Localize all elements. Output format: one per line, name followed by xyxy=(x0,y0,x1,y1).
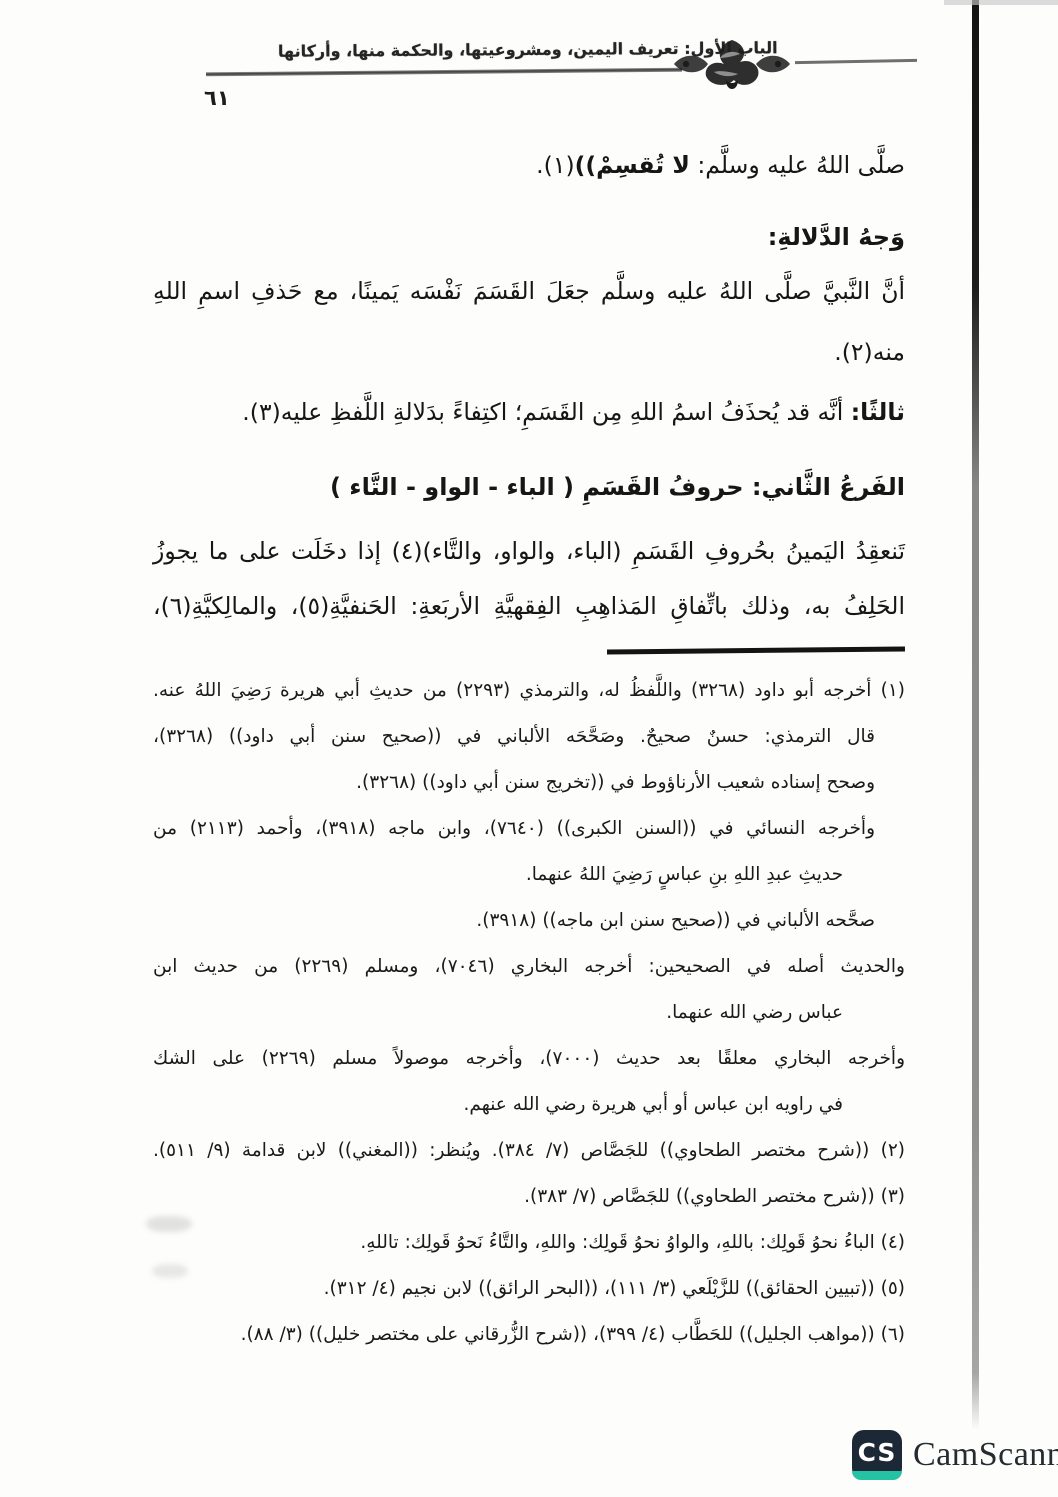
footnote-1-line: وصحح إسناده شعيب الأرناؤوط في ((تخريج سن… xyxy=(153,760,905,806)
footnote-6: (٦) ((مواهب الجليل)) للحَطَّاب (٤/ ٣٩٩)،… xyxy=(153,1312,905,1358)
body-line: الحَلِفُ به، وذلك باتِّفاقِ المَذاهِبِ ا… xyxy=(153,581,905,631)
footnote-1-line: والحديث أصله في الصحيحين: أخرجه البخاري … xyxy=(153,944,905,990)
footnote-1-line: صحَّحه الألباني في ((صحيح سنن ابن ماجه))… xyxy=(153,898,905,944)
body-text: أنَّه قد يُحذَفُ اسمُ اللهِ مِن القَسَمِ… xyxy=(242,398,850,426)
scan-page-edge-shadow xyxy=(972,0,979,1430)
footnote-separator-rule xyxy=(607,646,905,654)
footnote-4: (٤) الباءُ نحوُ قَولِك: باللهِ، والواوُ … xyxy=(153,1220,905,1266)
scan-top-edge-artifact xyxy=(944,0,1058,5)
body-line-hadith-end: صلَّى اللهُ عليه وسلَّم: لا تُقسِمْ))(١)… xyxy=(153,140,905,190)
body-text: صلَّى اللهُ عليه وسلَّم: xyxy=(690,151,905,179)
body-line: أنَّ النَّبيَّ صلَّى اللهُ عليه وسلَّم ج… xyxy=(153,266,905,316)
footnote-1-line: وأخرجه البخاري معلقًا بعد حديث (٧٠٠٠)، و… xyxy=(153,1036,905,1082)
section-heading-far-thani: الفَرعُ الثَّاني: حروفُ القَسَمِ ( الباء… xyxy=(153,462,905,512)
footnote-5: (٥) ((تبيين الحقائق)) للزَّيْلَعي (٣/ ١١… xyxy=(153,1266,905,1312)
footnote-ref-1: (١). xyxy=(536,151,574,179)
section-heading-wajh-dalalah: وَجهُ الدَّلالةِ: xyxy=(153,212,905,262)
scan-smudge xyxy=(152,1264,188,1278)
footnote-2: (٢) ((شرح مختصر الطحاوي)) للجَصَّاص (٧/ … xyxy=(153,1128,905,1174)
camscanner-watermark: CS CamScanner xyxy=(852,1430,1058,1480)
footnotes-block: (١) أخرجه أبو داود (٣٢٦٨) واللَّفظُ له، … xyxy=(153,668,905,1358)
footnote-1-line: قال الترمذي: حسنٌ صحيحٌ. وصَحَّحَه الألب… xyxy=(153,714,905,760)
body-line: منه(٢). xyxy=(153,327,905,377)
header-ornament-icon xyxy=(668,34,796,100)
footnote-1-line: (١) أخرجه أبو داود (٣٢٦٨) واللَّفظُ له، … xyxy=(153,668,905,714)
footnote-1-line: في راويه ابن عباس أو أبي هريرة رضي الله … xyxy=(153,1082,905,1128)
camscanner-logo-icon: CS xyxy=(852,1430,902,1480)
header-rule-right xyxy=(795,59,917,64)
footnote-1-line: وأخرجه النسائي في ((السنن الكبرى)) (٧٦٤٠… xyxy=(153,806,905,852)
hadith-quote-text: لا تُقسِمْ)) xyxy=(575,151,690,179)
footnote-3: (٣) ((شرح مختصر الطحاوي)) للجَصَّاص (٧/ … xyxy=(153,1174,905,1220)
body-line-thalithan: ثالثًا: أنَّه قد يُحذَفُ اسمُ اللهِ مِن … xyxy=(153,387,905,437)
scanned-book-page: الباب الأول: تعريف اليمين، ومشروعيتها، و… xyxy=(0,0,1058,1497)
body-line: تَنعقِدُ اليَمينُ بحُروفِ القَسَمِ (البا… xyxy=(153,526,905,576)
footnote-1-line: عباس رضي الله عنهما. xyxy=(153,990,905,1036)
footnote-1-line: حديثِ عبدِ اللهِ بنِ عباسٍ رَضِيَ اللهُ … xyxy=(153,852,905,898)
camscanner-logo-letters: CS xyxy=(852,1432,902,1472)
camscanner-logo-teal-strip xyxy=(852,1471,902,1480)
camscanner-brand-text: CamScanner xyxy=(913,1436,1058,1474)
header-rule-left xyxy=(206,68,682,77)
scan-smudge xyxy=(146,1216,192,1232)
page-number: ٦١ xyxy=(204,86,230,110)
thalithan-lead: ثالثًا: xyxy=(851,398,905,426)
